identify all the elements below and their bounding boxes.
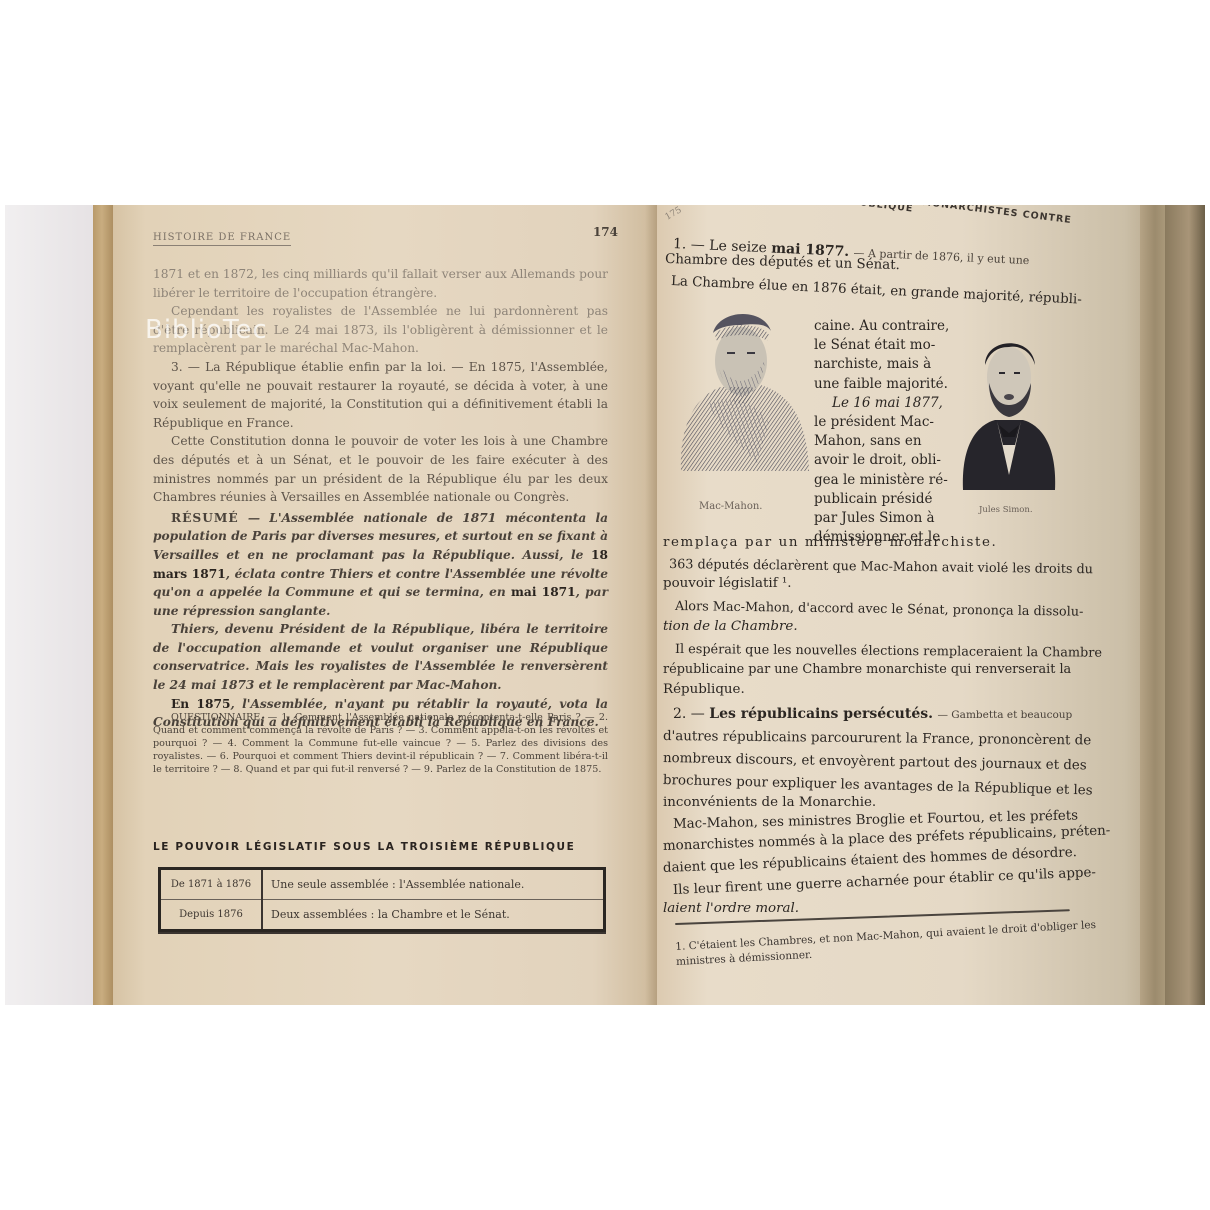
backdrop-right bbox=[1165, 205, 1205, 1005]
text-line: inconvénients de la Monarchie. bbox=[663, 793, 876, 812]
jules-simon-portrait bbox=[959, 325, 1059, 495]
chapter-head: MONARCHISTES CONTRE LA RÉPUBLIQUE bbox=[828, 205, 1086, 219]
text-line: tion de la Chambre. bbox=[663, 617, 798, 636]
footnote: 1. C'étaient les Chambres, et non Mac-Ma… bbox=[675, 918, 1097, 970]
section-2-heading: 2. — Les républicains persécutés. — Gamb… bbox=[673, 705, 1072, 725]
paragraph: 1871 et en 1872, les cinq milliards qu'i… bbox=[153, 265, 608, 302]
page-number: 174 bbox=[593, 225, 618, 239]
section-heading: 3. — La République établie enfin par la … bbox=[171, 360, 526, 374]
table-cell-period: De 1871 à 1876 bbox=[160, 869, 263, 900]
resume-paragraph: Thiers, devenu Président de la Républiqu… bbox=[153, 620, 608, 694]
table-cell-period: Depuis 1876 bbox=[160, 900, 263, 931]
text-line: nombreux discours, et envoyèrent partout… bbox=[663, 749, 1087, 775]
paragraph: Cette Constitution donna le pouvoir de v… bbox=[153, 432, 608, 506]
backdrop bbox=[5, 205, 95, 1005]
text-line: remplaça par un ministère monarchiste. bbox=[663, 533, 997, 552]
resume-paragraph: RÉSUMÉ — L'Assemblée nationale de 1871 m… bbox=[153, 509, 608, 621]
book-edge bbox=[93, 205, 115, 1005]
table-row: De 1871 à 1876 Une seule assemblée : l'A… bbox=[160, 869, 605, 900]
resume-label: RÉSUMÉ bbox=[171, 511, 239, 525]
text-line: laient l'ordre moral. bbox=[663, 899, 799, 918]
watermark: BiblioTec bbox=[145, 315, 268, 345]
wrapped-text-column: caine. Au contraire, le Sénat était mo- … bbox=[814, 317, 959, 547]
right-page: 175 MONARCHISTES CONTRE LA RÉPUBLIQUE 1.… bbox=[657, 205, 1165, 1005]
text-line: République. bbox=[663, 680, 745, 699]
legislative-table: De 1871 à 1876 Une seule assemblée : l'A… bbox=[158, 867, 606, 932]
caption-jules-simon: Jules Simon. bbox=[979, 505, 1033, 515]
text-line: d'autres républicains parcoururent la Fr… bbox=[663, 727, 1091, 750]
text-line: pouvoir législatif ¹. bbox=[663, 574, 792, 593]
table-row: Depuis 1876 Deux assemblées : la Chambre… bbox=[160, 900, 605, 931]
table-cell-description: Une seule assemblée : l'Assemblée nation… bbox=[262, 869, 605, 900]
running-head: HISTOIRE DE FRANCE bbox=[153, 232, 291, 246]
caption-mac-mahon: Mac-Mahon. bbox=[699, 501, 762, 512]
section-title: LE POUVOIR LÉGISLATIF SOUS LA TROISIÈME … bbox=[153, 841, 613, 853]
questionnaire: QUESTIONNAIRE. — 1. Comment l'Assemblée … bbox=[153, 711, 608, 776]
table-cell-description: Deux assemblées : la Chambre et le Sénat… bbox=[262, 900, 605, 931]
paragraph: 3. — La République établie enfin par la … bbox=[153, 358, 608, 432]
text-line: républicaine par une Chambre monarchiste… bbox=[663, 660, 1071, 679]
corner-page-number: 175 bbox=[664, 205, 684, 222]
mac-mahon-portrait bbox=[669, 303, 814, 475]
book-photo: HISTOIRE DE FRANCE 174 1871 et en 1872, … bbox=[5, 205, 1205, 1005]
